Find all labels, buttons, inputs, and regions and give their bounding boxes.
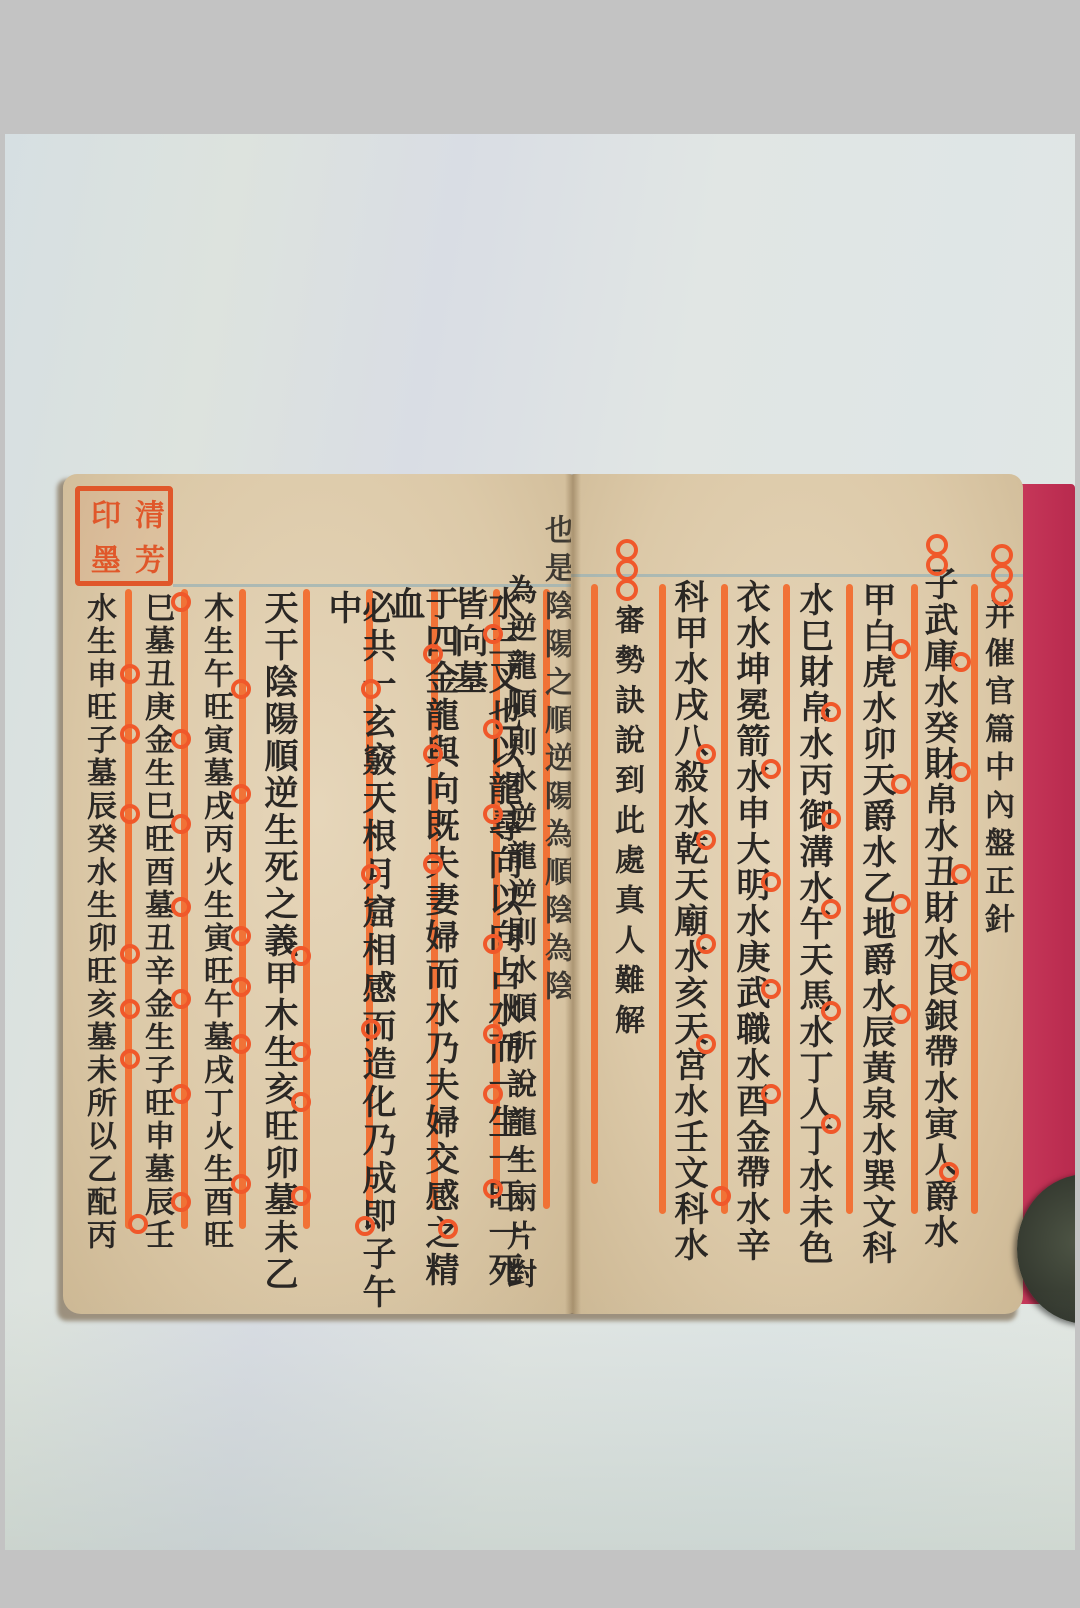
red-circle-mark <box>171 592 191 612</box>
red-circle-mark <box>951 762 971 782</box>
red-circle-mark <box>120 999 140 1019</box>
red-rule-line <box>911 584 918 1214</box>
red-circle-mark <box>361 679 381 699</box>
red-rule-line <box>591 584 598 1184</box>
red-rule-line <box>846 584 853 1214</box>
red-circle-mark <box>696 744 716 764</box>
red-circle-mark <box>951 864 971 884</box>
red-circle-mark <box>483 624 503 644</box>
text-column: 科甲水戌八殺水乾天廟水亥天宮水壬文科水 <box>671 579 705 1263</box>
double-circle-mark <box>616 539 638 599</box>
seal-char: 墨 <box>87 544 117 574</box>
text-column: 甲白虎水卯天爵水乙地爵水辰黃泉水巽文科 <box>859 582 893 1266</box>
red-circle-mark <box>483 1084 503 1104</box>
red-circle-mark <box>231 1034 251 1054</box>
red-circle-mark <box>361 1019 381 1039</box>
red-circle-mark <box>891 894 911 914</box>
red-rule-line <box>125 589 132 1229</box>
red-circle-mark <box>761 872 781 892</box>
red-circle-mark <box>291 1186 311 1206</box>
red-rule-line <box>971 584 978 1214</box>
red-circle-mark <box>761 759 781 779</box>
text-column: 水巳財帛水丙御溝水午天馬水丁人丁水未色 <box>796 582 830 1266</box>
double-circle-mark <box>991 544 1013 604</box>
red-circle-mark <box>696 1034 716 1054</box>
book-spine-gutter <box>565 474 581 1314</box>
red-circle-mark <box>891 639 911 659</box>
red-circle-mark <box>483 804 503 824</box>
red-circle-mark <box>761 1084 781 1104</box>
red-rule-line <box>721 584 728 1214</box>
red-circle-mark <box>120 1049 140 1069</box>
red-circle-mark <box>231 1174 251 1194</box>
red-circle-mark <box>291 1092 311 1112</box>
text-column: 必共一玄竅天根月窟相感而造化乃成即子午中 <box>325 590 393 1314</box>
red-circle-mark <box>231 926 251 946</box>
red-circle-mark <box>128 1214 148 1234</box>
double-circle-mark <box>926 534 948 574</box>
red-circle-mark <box>891 1004 911 1024</box>
photo-background: 印 清 墨 芳 也是陰陽之順逆陽為順陰為陰 為逆龍順則水逆龍逆則水順所說龍生兩片… <box>5 134 1075 1550</box>
red-circle-mark <box>821 1114 841 1134</box>
text-column: 衣水坤冕箭水申大明水庚武職水酉金帶水辛 <box>733 579 767 1263</box>
red-circle-mark <box>821 702 841 722</box>
red-circle-mark <box>231 679 251 699</box>
red-circle-mark <box>171 1084 191 1104</box>
red-circle-mark <box>120 724 140 744</box>
red-circle-mark <box>171 1192 191 1212</box>
red-circle-mark <box>821 809 841 829</box>
seal-char: 印 <box>87 499 117 529</box>
red-circle-mark <box>361 864 381 884</box>
red-circle-mark <box>761 979 781 999</box>
red-circle-mark <box>711 1186 731 1206</box>
red-circle-mark <box>355 1216 375 1236</box>
red-circle-mark <box>231 977 251 997</box>
red-circle-mark <box>423 854 443 874</box>
red-circle-mark <box>696 934 716 954</box>
red-rule-line <box>303 589 310 1229</box>
red-circle-mark <box>483 1179 503 1199</box>
text-column: 子武庫水癸財帛水丑財水艮銀帶水寅人爵水 <box>921 566 955 1250</box>
red-circle-mark <box>171 814 191 834</box>
red-circle-mark <box>939 1162 959 1182</box>
red-seal-stamp: 印 清 墨 芳 <box>75 486 173 586</box>
red-circle-mark <box>171 989 191 1009</box>
red-circle-mark <box>231 784 251 804</box>
red-circle-mark <box>291 1042 311 1062</box>
text-column: 木生午旺寅墓戌丙火生寅旺午墓戌丁火生酉旺 <box>200 592 230 1252</box>
red-circle-mark <box>423 744 443 764</box>
red-circle-mark <box>120 804 140 824</box>
red-circle-mark <box>171 729 191 749</box>
chapter-title-column: 并催官篇中內盤正針 <box>981 599 1011 941</box>
text-column: 天干陰陽順逆生死之義甲木生亥旺卯墓未乙 <box>261 590 295 1293</box>
red-circle-mark <box>120 944 140 964</box>
red-circle-mark <box>483 719 503 739</box>
red-circle-mark <box>891 774 911 794</box>
red-circle-mark <box>438 1219 458 1239</box>
red-rule-line <box>659 584 666 1214</box>
text-column: 水生申旺子墓辰癸水生卯旺亥墓未所以乙配丙 <box>83 592 113 1252</box>
text-column: 于四金龍與向既夫妻婦而水乃夫婦交感之精血 <box>388 586 456 1314</box>
left-page: 印 清 墨 芳 也是陰陽之順逆陽為順陰為陰 為逆龍順則水逆龍逆則水順所說龍生兩片… <box>63 474 573 1314</box>
red-circle-mark <box>821 899 841 919</box>
right-page: 并催官篇中內盤正針 子武庫水癸財帛水丑財水艮銀帶水寅人爵水 甲白虎水卯天爵水乙地… <box>571 474 1023 1314</box>
red-circle-mark <box>171 897 191 917</box>
red-circle-mark <box>821 1001 841 1021</box>
seal-char: 芳 <box>131 544 161 574</box>
red-circle-mark <box>483 934 503 954</box>
text-column: 巳墓丑庚金生巳旺酉墓丑辛金生子旺申墓辰壬 <box>141 592 171 1252</box>
red-rule-line <box>783 584 790 1214</box>
seal-char: 清 <box>131 499 161 529</box>
red-circle-mark <box>120 664 140 684</box>
red-circle-mark <box>423 644 443 664</box>
red-circle-mark <box>696 830 716 850</box>
text-column: 審勢訣說到此處真人難解 <box>611 604 641 1044</box>
red-circle-mark <box>291 946 311 966</box>
red-circle-mark <box>483 1024 503 1044</box>
red-circle-mark <box>951 961 971 981</box>
red-circle-mark <box>951 652 971 672</box>
